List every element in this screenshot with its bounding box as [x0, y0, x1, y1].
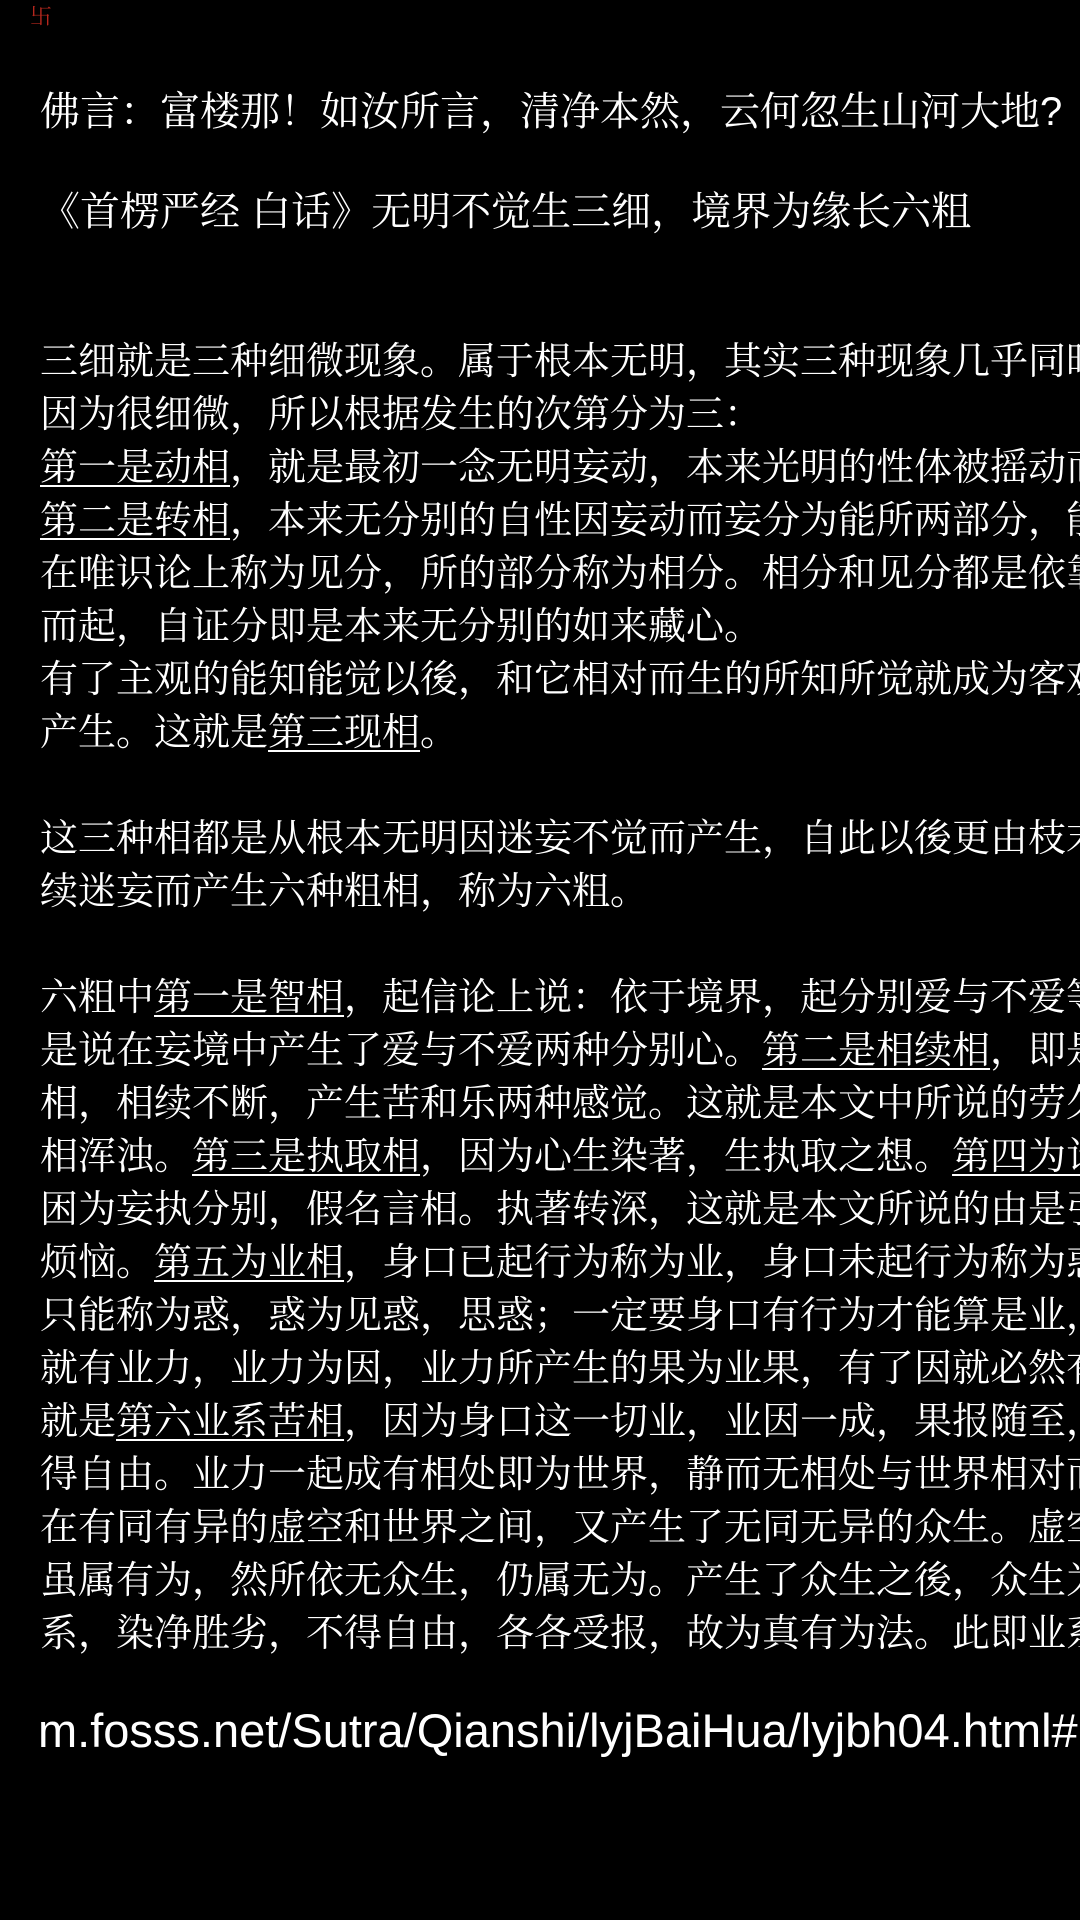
text-line: 有了主观的能知能觉以後，和它相对而生的所知所觉就成为客观存在而: [40, 654, 1050, 707]
text-line: 续迷妄而产生六种粗相，称为六粗。: [40, 866, 1050, 919]
text-line: 第二是转相，本来无分别的自性因妄动而妄分为能所两部分，能的部分: [40, 495, 1050, 548]
text-line: 得自由。业力一起成有相处即为世界，静而无相处与世界相对而成虚空，: [40, 1449, 1050, 1502]
underlined-term-link[interactable]: 第一是智相: [154, 977, 344, 1019]
text-line: 烦恼。第五为业相，身口已起行为称为业，身口未起行为称为惑。意中: [40, 1237, 1050, 1290]
text-segment: 在有同有异的虚空和世界之间，又产生了无同无异的众生。虚空和世界: [40, 1507, 1080, 1549]
text-line: 产生。这就是第三现相。: [40, 707, 1050, 760]
paragraph: 三细就是三种细微现象。属于根本无明，其实三种现象几乎同时发生，因为很细微，所以根…: [40, 336, 1050, 760]
text-segment: 相浑浊。: [40, 1136, 192, 1178]
text-segment: 相，相续不断，产生苦和乐两种感觉。这就是本文中所说的劳久发尘自: [40, 1083, 1080, 1125]
text-segment: ，因为身口这一切业，业因一成，果报随至，从此不: [344, 1401, 1080, 1443]
page-url: m.fosss.net/Sutra/Qianshi/lyjBaiHua/lyjb…: [38, 1702, 1080, 1760]
text-segment: ，本来无分别的自性因妄动而妄分为能所两部分，能的部分: [230, 500, 1080, 542]
text-segment: 虽属有为，然所依无众生，仍属无为。产生了众生之後，众生为业力所: [40, 1560, 1080, 1602]
text-segment: 系，染净胜劣，不得自由，各各受报，故为真有为法。此即业系苦相。: [40, 1613, 1080, 1655]
text-line: 困为妄执分别，假名言相。执著转深，这就是本文所说的由是引起尘劳: [40, 1184, 1050, 1237]
text-segment: 因为很细微，所以根据发生的次第分为三：: [40, 394, 762, 436]
text-segment: 得自由。业力一起成有相处即为世界，静而无相处与世界相对而成虚空，: [40, 1454, 1080, 1496]
underlined-term-link[interactable]: 第六业系苦相: [116, 1401, 344, 1443]
text-segment: 而起，自证分即是本来无分别的如来藏心。: [40, 606, 762, 648]
page-subtitle: 《首楞严经 白话》无明不觉生三细，境界为缘长六粗: [40, 188, 1050, 236]
text-line: 就是第六业系苦相，因为身口这一切业，业因一成，果报随至，从此不: [40, 1396, 1050, 1449]
text-segment: 就是: [40, 1401, 116, 1443]
underlined-term-link[interactable]: 第五为业相: [154, 1242, 344, 1284]
text-line: 相，相续不断，产生苦和乐两种感觉。这就是本文中所说的劳久发尘自: [40, 1078, 1050, 1131]
text-line: 因为很细微，所以根据发生的次第分为三：: [40, 389, 1050, 442]
underlined-term-link[interactable]: 第二是转相: [40, 500, 230, 542]
underlined-term-link[interactable]: 第三是执取相: [192, 1136, 420, 1178]
text-segment: 六粗中: [40, 977, 154, 1019]
text-line: 而起，自证分即是本来无分别的如来藏心。: [40, 601, 1050, 654]
text-segment: ，即是依于智: [990, 1030, 1080, 1072]
paragraph: 这三种相都是从根本无明因迷妄不觉而产生，自此以後更由枝末无明继续迷妄而产生六种粗…: [40, 813, 1050, 919]
article-body: 三细就是三种细微现象。属于根本无明，其实三种现象几乎同时发生，因为很细微，所以根…: [40, 336, 1050, 1661]
text-line: 是说在妄境中产生了爱与不爱两种分别心。第二是相续相，即是依于智: [40, 1025, 1050, 1078]
text-segment: ，就是最初一念无明妄动，本来光明的性体被摇动而浑浊。: [230, 447, 1080, 489]
sutra-page: 卐 佛言：富楼那！如汝所言，清净本然，云何忽生山河大地? 《首楞严经 白话》无明…: [0, 0, 1080, 1920]
text-line: 就有业力，业力为因，业力所产生的果为业果，有了因就必然有果。这: [40, 1343, 1050, 1396]
text-segment: 产生。这就是: [40, 712, 268, 754]
text-segment: 就有业力，业力为因，业力所产生的果为业果，有了因就必然有果。这: [40, 1348, 1080, 1390]
text-line: 在有同有异的虚空和世界之间，又产生了无同无异的众生。虚空和世界: [40, 1502, 1050, 1555]
red-mark-icon: 卐: [30, 5, 52, 29]
text-segment: ，起信论上说：依于境界，起分别爱与不爱等，这就: [344, 977, 1080, 1019]
text-line: 在唯识论上称为见分，所的部分称为相分。相分和见分都是依靠自证分: [40, 548, 1050, 601]
text-line: 只能称为惑，惑为见惑，思惑；一定要身口有行为才能算是业，有了业: [40, 1290, 1050, 1343]
text-segment: 三细就是三种细微现象。属于根本无明，其实三种现象几乎同时发生，: [40, 341, 1080, 383]
text-segment: 这三种相都是从根本无明因迷妄不觉而产生，自此以後更由枝末无明继: [40, 818, 1080, 860]
paragraph: 六粗中第一是智相，起信论上说：依于境界，起分别爱与不爱等，这就是说在妄境中产生了…: [40, 972, 1050, 1661]
underlined-term-link[interactable]: 第一是动相: [40, 447, 230, 489]
underlined-term-link[interactable]: 第三现相: [268, 712, 420, 754]
text-segment: 是说在妄境中产生了爱与不爱两种分别心。: [40, 1030, 762, 1072]
text-line: 六粗中第一是智相，起信论上说：依于境界，起分别爱与不爱等，这就: [40, 972, 1050, 1025]
page-title: 佛言：富楼那！如汝所言，清净本然，云何忽生山河大地?: [40, 88, 1050, 136]
text-segment: 有了主观的能知能觉以後，和它相对而生的所知所觉就成为客观存在而: [40, 659, 1080, 701]
text-line: 相浑浊。第三是执取相，因为心生染著，生执取之想。第四为计名字相，: [40, 1131, 1050, 1184]
text-segment: ，因为心生染著，生执取之想。: [420, 1136, 952, 1178]
text-segment: 烦恼。: [40, 1242, 154, 1284]
underlined-term-link[interactable]: 第二是相续相: [762, 1030, 990, 1072]
text-segment: 只能称为惑，惑为见惑，思惑；一定要身口有行为才能算是业，有了业: [40, 1295, 1080, 1337]
text-segment: 续迷妄而产生六种粗相，称为六粗。: [40, 871, 648, 913]
text-line: 第一是动相，就是最初一念无明妄动，本来光明的性体被摇动而浑浊。: [40, 442, 1050, 495]
text-line: 三细就是三种细微现象。属于根本无明，其实三种现象几乎同时发生，: [40, 336, 1050, 389]
underlined-term-link[interactable]: 第四为计名字相: [952, 1136, 1080, 1178]
text-segment: 困为妄执分别，假名言相。执著转深，这就是本文所说的由是引起尘劳: [40, 1189, 1080, 1231]
text-line: 这三种相都是从根本无明因迷妄不觉而产生，自此以後更由枝末无明继: [40, 813, 1050, 866]
text-segment: 在唯识论上称为见分，所的部分称为相分。相分和见分都是依靠自证分: [40, 553, 1080, 595]
text-line: 虽属有为，然所依无众生，仍属无为。产生了众生之後，众生为业力所: [40, 1555, 1050, 1608]
text-segment: 。: [420, 712, 458, 754]
text-line: 系，染净胜劣，不得自由，各各受报，故为真有为法。此即业系苦相。: [40, 1608, 1050, 1661]
text-segment: ，身口已起行为称为业，身口未起行为称为惑。意中: [344, 1242, 1080, 1284]
